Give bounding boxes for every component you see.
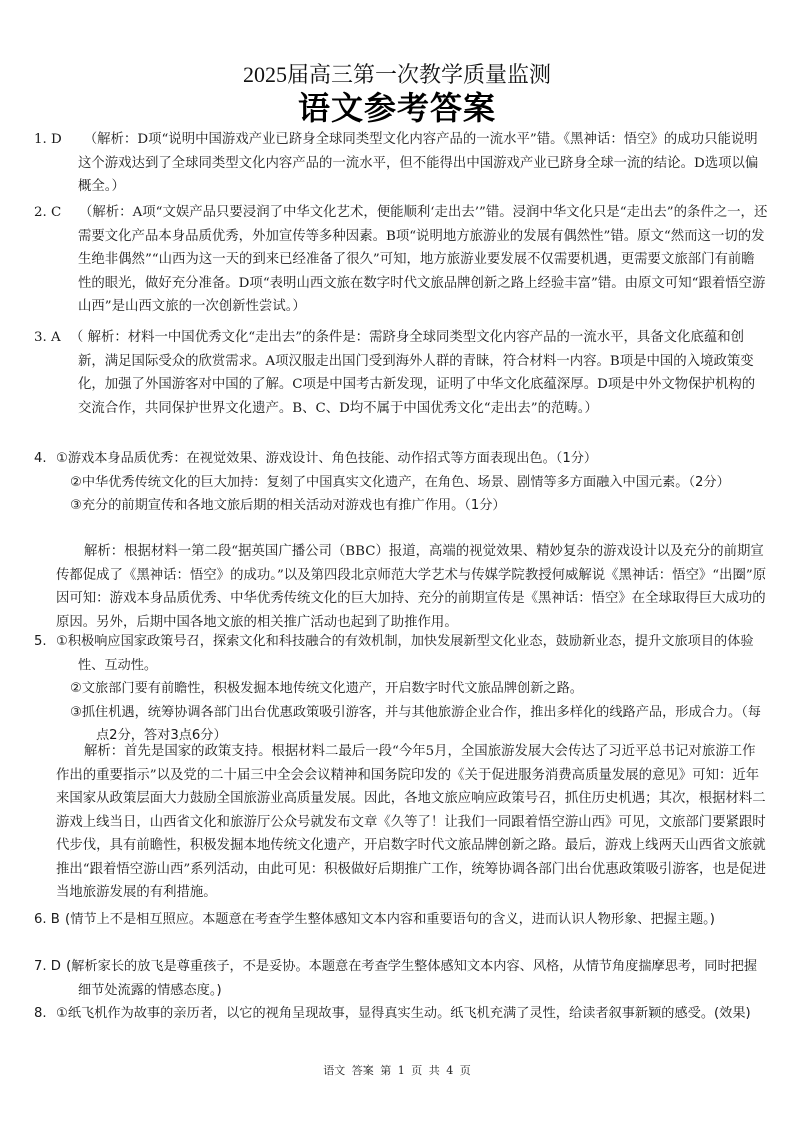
q2-explanation: （解析：A项“文娱产品只要浸润了中华文化艺术，便能顺利‘走出去’”错。浸润中华文…	[78, 205, 767, 314]
q3-label: 3. A	[56, 326, 66, 350]
page-title: 语文参考答案	[0, 88, 794, 128]
q4-point-1: ①游戏本身品质优秀：在视觉效果、游戏设计、角色技能、动作招式等方面表现出色。（1…	[56, 451, 597, 466]
q4-analysis: 解析：根据材料一第二段“据英国广播公司（BBC）报道，高端的视觉效果、精妙复杂的…	[56, 540, 768, 634]
q4-point-2: ②中华优秀传统文化的巨大加持：复刻了中国真实文化遗产，在角色、场景、剧情等多方面…	[56, 471, 768, 495]
q5-point-2: ②文旅部门要有前瞻性，积极发掘本地传统文化遗产，开启数字时代文旅品牌创新之路。	[56, 677, 768, 701]
q4-point-3: ③充分的前期宣传和各地文旅后期的相关活动对游戏也有推广作用。（1分）	[56, 494, 768, 518]
exam-subtitle: 2025届高三第一次教学质量监测	[0, 62, 794, 88]
answer-q5: 5.①积极响应国家政策号召，探索文化和科技融合的有效机制，加快发展新型文化业态，…	[56, 630, 768, 748]
answer-q4: 4.①游戏本身品质优秀：在视觉效果、游戏设计、角色技能、动作招式等方面表现出色。…	[56, 447, 768, 518]
answer-key-page: 2025届高三第一次教学质量监测 语文参考答案 1. D （解析：D项“说明中国…	[0, 0, 794, 1123]
answer-q6: 6. B(情节上不是相互照应。本题意在考查学生整体感知文本内容和重要语句的含义，…	[56, 908, 768, 932]
answer-q7: 7. D(解析家长的放飞是尊重孩子，不是妥协。本题意在考查学生整体感知文本内容、…	[56, 955, 768, 1002]
page-footer: 语文 答案 第 1 页 共 4 页	[0, 1062, 794, 1078]
answer-q8: 8.①纸飞机作为故事的亲历者，以它的视角呈现故事，显得真实生动。纸飞机充满了灵性…	[56, 1002, 768, 1026]
q7-explanation: (解析家长的放飞是尊重孩子，不是妥协。本题意在考查学生整体感知文本内容、风格，从…	[66, 959, 757, 998]
q3-explanation: （ 解析：材料一中国优秀文化“走出去”的条件是：需跻身全球同类型文化内容产品的一…	[70, 330, 755, 416]
q8-point-1: ①纸飞机作为故事的亲历者，以它的视角呈现故事，显得真实生动。纸飞机充满了灵性，给…	[56, 1006, 751, 1021]
q6-label: 6. B	[56, 908, 65, 932]
answer-q3: 3. A （ 解析：材料一中国优秀文化“走出去”的条件是：需跻身全球同类型文化内…	[56, 326, 768, 420]
q5-analysis-block: 解析：首先是国家的政策支持。根据材料二最后一段“今年5月，全国旅游发展大会传达了…	[56, 740, 768, 905]
q5-point-1: ①积极响应国家政策号召，探索文化和科技融合的有效机制，加快发展新型文化业态，鼓励…	[56, 634, 754, 673]
q1-label: 1. D	[56, 128, 67, 152]
answer-q1: 1. D （解析：D项“说明中国游戏产业已跻身全球同类型文化内容产品的一流水平”…	[56, 128, 768, 199]
q7-label: 7. D	[56, 955, 66, 979]
q1-explanation: （解析：D项“说明中国游戏产业已跻身全球同类型文化内容产品的一流水平”错。《黑神…	[78, 132, 758, 194]
q5-analysis: 解析：首先是国家的政策支持。根据材料二最后一段“今年5月，全国旅游发展大会传达了…	[56, 740, 768, 905]
q2-label: 2. C	[56, 201, 66, 225]
q6-explanation: (情节上不是相互照应。本题意在考查学生整体感知文本内容和重要语句的含义，进而认识…	[65, 912, 715, 927]
answer-q2: 2. C （解析：A项“文娱产品只要浸润了中华文化艺术，便能顺利‘走出去’”错。…	[56, 201, 768, 319]
q4-analysis-block: 解析：根据材料一第二段“据英国广播公司（BBC）报道，高端的视觉效果、精妙复杂的…	[56, 540, 768, 634]
